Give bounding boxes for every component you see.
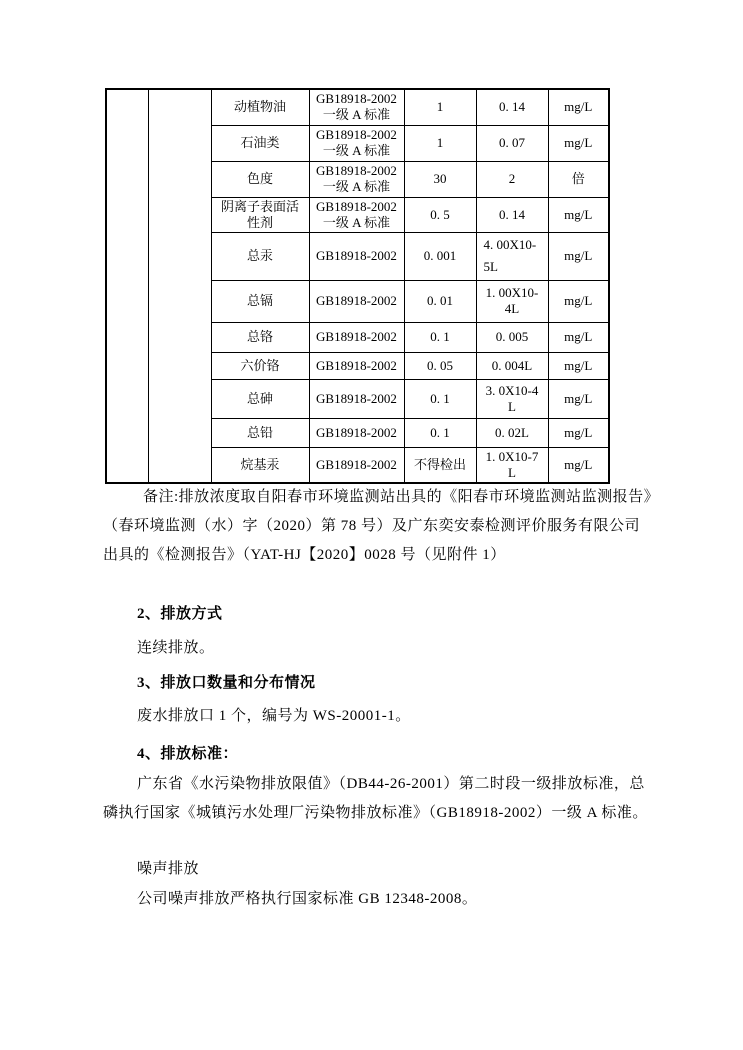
limit-cell: 0. 1 xyxy=(404,379,476,418)
section-2-heading: 2、排放方式 xyxy=(103,600,663,629)
standard-cell: GB18918-2002 xyxy=(309,418,404,447)
unit-cell: mg/L xyxy=(548,379,609,418)
limit-cell: 0. 05 xyxy=(404,352,476,379)
section-4-body: 广东省《水污染物排放限值》（DB44-26-2001）第二时段一级排放标准，总 … xyxy=(103,770,663,828)
limit-cell: 0. 1 xyxy=(404,322,476,352)
unit-cell: mg/L xyxy=(548,352,609,379)
noise-title: 噪声排放 xyxy=(103,855,663,884)
table-row: 动植物油 GB18918-2002 一级 A 标准 1 0. 14 mg/L xyxy=(106,89,609,125)
section-4-heading: 4、排放标准： xyxy=(103,740,663,769)
standard-cell: GB18918-2002 一级 A 标准 xyxy=(309,89,404,125)
standard-cell: GB18918-2002 一级 A 标准 xyxy=(309,197,404,232)
unit-cell: 倍 xyxy=(548,161,609,197)
section-4-body-line: 磷执行国家《城镇污水处理厂污染物排放标准》（GB18918-2002）一级 A … xyxy=(103,799,663,828)
pollutant-name-cell: 总镉 xyxy=(211,280,309,322)
standard-cell: GB18918-2002 一级 A 标准 xyxy=(309,161,404,197)
standard-cell: GB18918-2002 xyxy=(309,447,404,483)
limit-cell: 0. 001 xyxy=(404,232,476,280)
standard-cell: GB18918-2002 一级 A 标准 xyxy=(309,125,404,161)
section-4-body-line: 广东省《水污染物排放限值》（DB44-26-2001）第二时段一级排放标准，总 xyxy=(103,770,663,799)
section-2-body: 连续排放。 xyxy=(103,634,663,663)
empty-category-cell xyxy=(106,89,148,483)
limit-cell: 0. 01 xyxy=(404,280,476,322)
measured-cell: 1. 00X10- 4L xyxy=(476,280,548,322)
pollutant-name-cell: 阴离子表面活 性剂 xyxy=(211,197,309,232)
pollutant-name-cell: 总铬 xyxy=(211,322,309,352)
unit-cell: mg/L xyxy=(548,322,609,352)
unit-cell: mg/L xyxy=(548,197,609,232)
measured-cell: 0. 005 xyxy=(476,322,548,352)
unit-cell: mg/L xyxy=(548,232,609,280)
pollutant-name-cell: 总铅 xyxy=(211,418,309,447)
limit-cell: 30 xyxy=(404,161,476,197)
section-3-body: 废水排放口 1 个，编号为 WS-20001-1。 xyxy=(103,702,663,731)
measured-cell: 0. 14 xyxy=(476,89,548,125)
standard-cell: GB18918-2002 xyxy=(309,379,404,418)
limit-cell: 1 xyxy=(404,125,476,161)
limit-cell: 0. 5 xyxy=(404,197,476,232)
measured-cell: 0. 004L xyxy=(476,352,548,379)
unit-cell: mg/L xyxy=(548,447,609,483)
measured-cell: 1. 0X10-7 L xyxy=(476,447,548,483)
pollutant-name-cell: 石油类 xyxy=(211,125,309,161)
limit-cell: 0. 1 xyxy=(404,418,476,447)
standard-cell: GB18918-2002 xyxy=(309,280,404,322)
measured-cell: 0. 14 xyxy=(476,197,548,232)
measured-cell: 4. 00X10- 5L xyxy=(476,232,548,280)
measured-cell: 2 xyxy=(476,161,548,197)
section-3-heading: 3、排放口数量和分布情况 xyxy=(103,669,663,698)
note-line: 备注:排放浓度取自阳春市环境监测站出具的《阳春市环境监测站监测报告》 xyxy=(103,483,663,512)
pollutant-name-cell: 动植物油 xyxy=(211,89,309,125)
pollutant-name-cell: 色度 xyxy=(211,161,309,197)
note-line: 出具的《检测报告》（YAT-HJ【2020】0028 号（见附件 1） xyxy=(103,541,663,570)
pollutant-name-cell: 总砷 xyxy=(211,379,309,418)
note-paragraph: 备注:排放浓度取自阳春市环境监测站出具的《阳春市环境监测站监测报告》 （春环境监… xyxy=(103,483,663,570)
standard-cell: GB18918-2002 xyxy=(309,322,404,352)
standard-cell: GB18918-2002 xyxy=(309,232,404,280)
noise-body: 公司噪声排放严格执行国家标准 GB 12348-2008。 xyxy=(103,885,663,914)
unit-cell: mg/L xyxy=(548,418,609,447)
document-page: 动植物油 GB18918-2002 一级 A 标准 1 0. 14 mg/L 石… xyxy=(0,0,743,1050)
empty-subcategory-cell xyxy=(148,89,211,483)
measured-cell: 0. 07 xyxy=(476,125,548,161)
pollutant-name-cell: 六价铬 xyxy=(211,352,309,379)
limit-cell: 不得检出 xyxy=(404,447,476,483)
limit-cell: 1 xyxy=(404,89,476,125)
measured-cell: 0. 02L xyxy=(476,418,548,447)
unit-cell: mg/L xyxy=(548,125,609,161)
pollutant-name-cell: 烷基汞 xyxy=(211,447,309,483)
standard-cell: GB18918-2002 xyxy=(309,352,404,379)
pollutant-name-cell: 总汞 xyxy=(211,232,309,280)
measured-cell: 3. 0X10-4 L xyxy=(476,379,548,418)
note-line: （春环境监测（水）字（2020）第 78 号）及广东奕安泰检测评价服务有限公司 xyxy=(103,512,663,541)
pollutant-table: 动植物油 GB18918-2002 一级 A 标准 1 0. 14 mg/L 石… xyxy=(105,88,610,484)
unit-cell: mg/L xyxy=(548,89,609,125)
unit-cell: mg/L xyxy=(548,280,609,322)
